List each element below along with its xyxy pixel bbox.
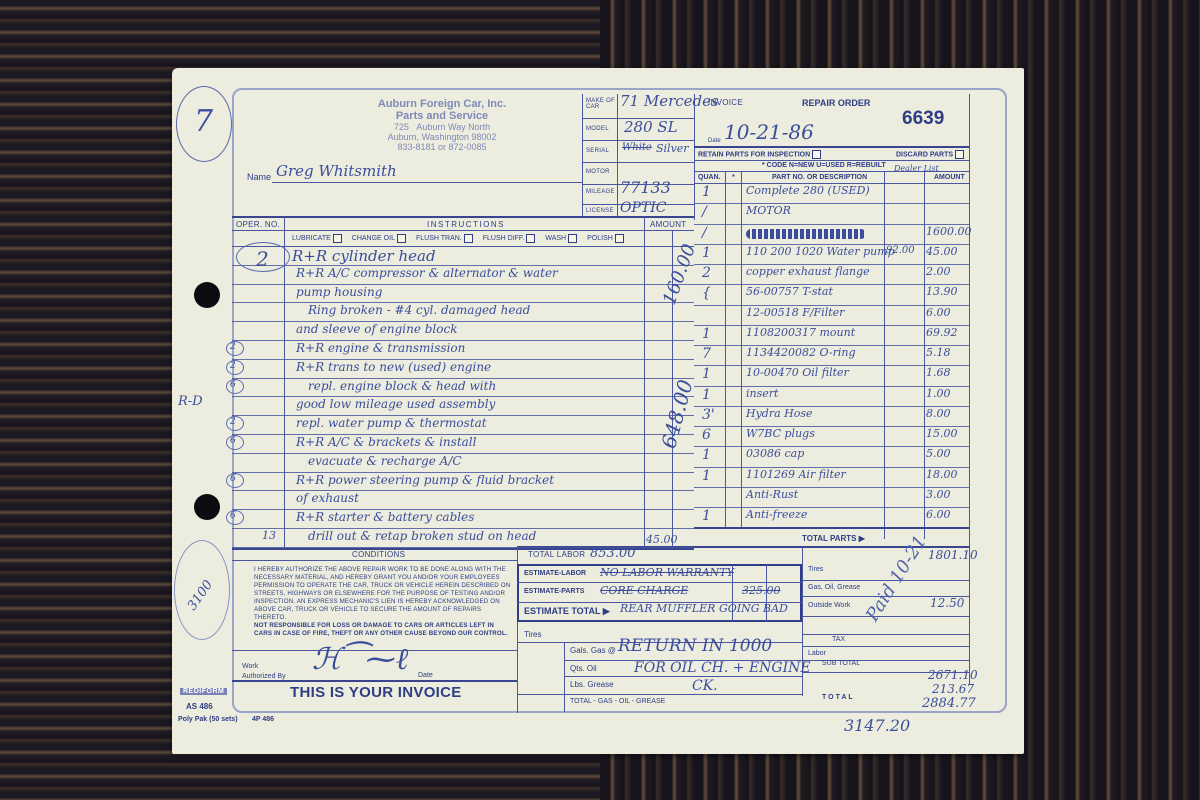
serial-value[interactable]: Silver — [656, 142, 689, 155]
part-quantity[interactable]: 1 — [702, 508, 711, 524]
form-number: AS 486 — [186, 702, 213, 711]
oper-circle-icon — [236, 242, 290, 272]
checkbox-icon — [955, 150, 964, 159]
divider — [802, 634, 969, 635]
signature-date-label: Date — [418, 672, 433, 679]
conditions-body: I hereby authorize the above repair work… — [254, 566, 510, 621]
checkbox-icon — [397, 234, 406, 243]
part-amount[interactable]: 13.90 — [926, 285, 958, 298]
service-checkbox[interactable]: FLUSH TRAN. — [416, 235, 473, 242]
part-description[interactable]: 1101269 Air filter — [746, 468, 846, 481]
divider — [617, 94, 618, 216]
retain-parts-checkbox[interactable]: RETAIN PARTS FOR INSPECTION — [698, 150, 821, 159]
divider — [582, 162, 694, 163]
conditions-title: CONDITIONS — [352, 550, 405, 559]
repair-order-title: REPAIR ORDER — [802, 98, 870, 108]
part-amount[interactable]: 18.00 — [926, 468, 958, 481]
qts-oil-label: Qts. Oil — [570, 664, 597, 673]
divider — [884, 171, 885, 539]
mileage-label: MILEAGE — [586, 189, 615, 195]
part-quantity[interactable]: 1 — [702, 366, 711, 382]
part-description[interactable]: 12-00518 F/Filter — [746, 306, 844, 319]
labor-instruction[interactable]: of exhaust — [296, 491, 359, 505]
part-description[interactable]: 1134420082 O-ring — [746, 346, 856, 359]
checkbox-icon — [615, 234, 624, 243]
part-description[interactable]: 110 200 1020 Water pump — [746, 245, 895, 258]
oper-number[interactable]: 13 — [262, 529, 276, 542]
outside-work-value[interactable]: 12.50 — [930, 596, 964, 610]
discard-parts-checkbox[interactable]: DISCARD PARTS — [896, 150, 964, 159]
oper-circle-icon — [226, 435, 244, 450]
margin-note: 7 — [194, 104, 213, 139]
part-amount[interactable]: 1.68 — [926, 366, 951, 379]
estimate-labor-label: ESTIMATE-LABOR — [524, 570, 586, 577]
oper-circle-icon — [226, 360, 244, 375]
part-description[interactable]: 03086 cap — [746, 447, 804, 460]
shop-address-number: 725 — [394, 122, 409, 132]
ggg-total-label: TOTAL - GAS - OIL - GREASE — [570, 698, 665, 705]
conditions-text: I hereby authorize the above repair work… — [254, 566, 512, 638]
labor-amount-3[interactable]: 45.00 — [646, 533, 678, 546]
part-quantity[interactable]: 7 — [702, 346, 711, 362]
part-description[interactable]: Anti-freeze — [746, 508, 807, 521]
discard-parts-label: DISCARD PARTS — [896, 151, 953, 158]
part-description[interactable]: MOTOR — [746, 204, 791, 217]
part-amount[interactable]: 6.00 — [926, 508, 951, 521]
part-quantity[interactable]: 1 — [702, 245, 711, 261]
return-note-1: RETURN IN 1000 — [618, 636, 772, 656]
divider — [694, 94, 695, 220]
part-amount[interactable]: 3.00 — [926, 488, 951, 501]
part-amount[interactable]: 5.18 — [926, 346, 951, 359]
divider — [694, 527, 969, 529]
part-description[interactable]: 56-00757 T-stat — [746, 285, 833, 298]
part-amount[interactable]: 6.00 — [926, 306, 951, 319]
serial-label: SERIAL — [586, 148, 609, 154]
part-quantity[interactable]: 3' — [702, 407, 715, 423]
part-amount[interactable]: 5.00 — [926, 447, 951, 460]
oper-circle-icon — [226, 473, 244, 488]
part-description[interactable] — [746, 229, 866, 239]
invoice-label: INVOICE — [708, 98, 743, 107]
part-description[interactable]: 10-00470 Oil filter — [746, 366, 849, 379]
part-amount[interactable]: 15.00 — [926, 427, 958, 440]
part-description[interactable]: Anti-Rust — [746, 488, 798, 501]
tax-labor-label: Labor — [808, 650, 826, 657]
retain-parts-label: RETAIN PARTS FOR INSPECTION — [698, 151, 810, 158]
labor-instruction[interactable]: R+R engine & transmission — [296, 341, 465, 355]
labor-instruction[interactable]: and sleeve of engine block — [296, 322, 457, 336]
part-description[interactable]: copper exhaust flange — [746, 265, 870, 278]
part-amount[interactable]: 2.00 — [926, 265, 951, 278]
return-note-3: CK. — [692, 678, 718, 694]
tax-value[interactable]: 213.67 — [932, 682, 974, 696]
part-description[interactable]: W7BC plugs — [746, 427, 815, 440]
pack-label: Poly Pak (50 sets) — [178, 716, 238, 723]
total-labor-value[interactable]: 853.00 — [590, 546, 636, 561]
conditions-disclaimer: Not responsible for loss or damage to ca… — [254, 622, 508, 637]
labor-instruction[interactable]: R+R power steering pump & fluid bracket — [296, 473, 554, 487]
customer-name[interactable]: Greg Whitsmith — [276, 162, 397, 180]
repair-order-document: 7 Auburn Foreign Car, Inc. Parts and Ser… — [172, 68, 1024, 754]
divider — [582, 94, 583, 216]
estimate-parts-note: CORE CHARGE — [600, 584, 688, 597]
license-value[interactable]: OPTIC — [620, 200, 666, 216]
shop-city: Auburn, Washington 98002 — [292, 132, 592, 142]
part-description[interactable]: Hydra Hose — [746, 407, 813, 420]
pack-number: 4P 486 — [252, 716, 274, 723]
part-quantity[interactable]: / — [702, 225, 707, 241]
rediform-logo: REDIFORM — [180, 688, 227, 695]
divider — [802, 616, 969, 617]
part-quantity[interactable]: 1 — [702, 447, 711, 463]
part-dealer-list[interactable]: 92.00 — [886, 245, 915, 256]
description-header: PART NO. OR DESCRIPTION — [772, 174, 867, 181]
service-checkbox[interactable]: LUBRICATE — [292, 235, 342, 242]
divider — [232, 230, 694, 231]
serial-struck-value: White — [622, 142, 652, 153]
subtotal-label: SUB TOTAL — [822, 660, 860, 667]
labor-row-divider — [232, 453, 694, 454]
service-checkbox-label: FLUSH DIFF. — [483, 235, 525, 242]
service-checkbox[interactable]: CHANGE OIL — [352, 235, 406, 242]
tax-label: TAX — [832, 636, 845, 643]
estimate-parts-label: ESTIMATE-PARTS — [524, 588, 584, 595]
part-quantity[interactable]: 1 — [702, 326, 711, 342]
model-value[interactable]: 280 SL — [624, 118, 678, 136]
divider — [694, 146, 969, 148]
motor-label: MOTOR — [586, 169, 610, 175]
labor-instruction[interactable]: repl. engine block & head with — [308, 379, 496, 393]
order-number: 6639 — [902, 108, 944, 130]
estimate-parts-value: 325.00 — [742, 584, 781, 597]
shop-subtitle: Parts and Service — [292, 110, 592, 122]
make-label: MAKE OF CAR — [586, 98, 616, 110]
gals-gas-label: Gals. Gas @ — [570, 646, 616, 655]
labor-amount-header: AMOUNT — [650, 220, 686, 229]
shop-street: Auburn Way North — [416, 122, 490, 132]
service-checkboxes: LUBRICATECHANGE OILFLUSH TRAN.FLUSH DIFF… — [292, 234, 634, 243]
checkbox-icon — [812, 150, 821, 159]
subtotal-value[interactable]: 2671.10 — [928, 668, 978, 682]
part-description[interactable]: Complete 280 (USED) — [746, 184, 870, 197]
labor-instruction[interactable]: pump housing — [296, 285, 382, 299]
dealer-list-header: Dealer List — [894, 164, 939, 173]
gas-tires-label: Tires — [524, 630, 541, 639]
divider — [232, 680, 517, 682]
part-amount[interactable]: 1600.00 — [926, 225, 972, 238]
part-amount[interactable]: 1.00 — [926, 387, 951, 400]
part-quantity[interactable]: 2 — [702, 265, 711, 281]
part-quantity[interactable]: { — [702, 285, 711, 301]
divider — [582, 140, 694, 141]
model-label: MODEL — [586, 126, 609, 132]
service-checkbox-label: CHANGE OIL — [352, 235, 395, 242]
quan-header: QUAN. — [698, 174, 721, 181]
shop-stamp: Auburn Foreign Car, Inc. Parts and Servi… — [292, 98, 592, 152]
instructions-header: INSTRUCTIONS — [427, 220, 505, 229]
labor-instruction[interactable]: R+R A/C & brackets & install — [296, 435, 476, 449]
part-amount[interactable]: 69.92 — [926, 326, 958, 339]
checkbox-icon — [333, 234, 342, 243]
oper-no-header: OPER. NO. — [236, 220, 280, 229]
labor-instruction[interactable]: R+R A/C compressor & alternator & water — [296, 266, 558, 280]
code-header: * — [732, 174, 735, 181]
labor-instruction[interactable]: good low mileage used assembly — [296, 397, 495, 411]
service-checkbox-label: LUBRICATE — [292, 235, 331, 242]
name-line — [272, 182, 582, 183]
total-value[interactable]: 2884.77 — [922, 696, 976, 711]
license-label: LICENSE — [586, 208, 614, 214]
divider — [924, 171, 925, 539]
code-legend: * CODE N=NEW U=USED R=REBUILT — [762, 162, 886, 169]
divider — [517, 694, 802, 695]
part-quantity[interactable]: 1 — [702, 184, 711, 200]
service-checkbox-label: POLISH — [587, 235, 613, 242]
side-note: R-D — [178, 394, 203, 409]
service-checkbox[interactable]: WASH — [545, 235, 577, 242]
service-checkbox-label: FLUSH TRAN. — [416, 235, 462, 242]
service-checkbox-label: WASH — [545, 235, 566, 242]
shop-phone: 833-8181 or 872-0085 — [292, 142, 592, 152]
total-parts-value[interactable]: 1801.10 — [928, 548, 978, 562]
lbs-grease-label: Lbs. Grease — [570, 680, 614, 689]
divider — [802, 646, 969, 647]
labor-instruction[interactable]: R+R cylinder head — [292, 247, 436, 265]
parts-row-divider — [694, 203, 969, 204]
amount-header: AMOUNT — [934, 174, 965, 181]
shop-name: Auburn Foreign Car, Inc. — [292, 98, 592, 110]
mileage-value[interactable]: 77133 — [620, 178, 671, 197]
summary-tires-label: Tires — [808, 566, 823, 573]
return-note-2: FOR OIL CH. + ENGINE — [634, 660, 811, 676]
part-quantity[interactable]: / — [702, 204, 707, 220]
labor-instruction[interactable]: Ring broken - #4 cyl. damaged head — [308, 303, 530, 317]
divider — [232, 560, 517, 561]
summary-outside-label: Outside Work — [808, 602, 850, 609]
total-parts-label: TOTAL PARTS ▶ — [802, 534, 865, 543]
labor-instruction[interactable]: R+R starter & battery cables — [296, 510, 474, 524]
checkbox-icon — [568, 234, 577, 243]
binder-hole-bottom — [194, 494, 220, 520]
divider — [644, 216, 645, 548]
divider — [517, 582, 802, 583]
part-quantity[interactable]: 1 — [702, 387, 711, 403]
binder-hole-top — [194, 282, 220, 308]
total-parts-text: TOTAL PARTS — [802, 534, 857, 543]
work-label: Work — [242, 662, 286, 672]
divider — [564, 642, 565, 712]
estimate-total-note: REAR MUFFLER GOING BAD — [620, 602, 788, 615]
part-quantity[interactable]: 1 — [702, 468, 711, 484]
estimate-labor-note: NO LABOR WARRANTY — [600, 566, 734, 579]
checkbox-icon — [526, 234, 535, 243]
date-label: Date — [708, 138, 721, 144]
total-labor-label: TOTAL LABOR — [528, 550, 585, 559]
estimate-total-label: ESTIMATE TOTAL ▶ — [524, 606, 610, 617]
divider — [564, 676, 802, 677]
final-total[interactable]: 3147.20 — [844, 716, 910, 735]
total-label: TOTAL — [822, 694, 855, 701]
divider — [232, 216, 694, 218]
part-description[interactable]: insert — [746, 387, 778, 400]
part-amount[interactable]: 45.00 — [926, 245, 958, 258]
part-quantity[interactable]: 6 — [702, 427, 711, 443]
oper-circle-icon — [226, 379, 244, 394]
summary-gas-label: Gas, Oil, Grease — [808, 584, 860, 591]
date-value[interactable]: 10-21-86 — [724, 120, 814, 144]
labor-instruction[interactable]: repl. water pump & thermostat — [296, 416, 487, 430]
work-authorized-label: Work Authorized By — [242, 662, 286, 682]
service-checkbox[interactable]: POLISH — [587, 235, 624, 242]
checkbox-icon — [464, 234, 473, 243]
service-checkbox[interactable]: FLUSH DIFF. — [483, 235, 536, 242]
part-description[interactable]: 1108200317 mount — [746, 326, 855, 339]
invoice-banner: THIS IS YOUR INVOICE — [290, 684, 462, 701]
labor-instruction[interactable]: drill out & retap broken stud on head — [308, 529, 536, 543]
name-label: Name — [247, 172, 271, 182]
labor-instruction[interactable]: evacuate & recharge A/C — [308, 454, 462, 468]
divider — [694, 160, 969, 161]
make-value[interactable]: 71 Mercedes — [620, 92, 719, 110]
part-amount[interactable]: 8.00 — [926, 407, 951, 420]
oper-circle-icon — [226, 341, 244, 356]
customer-signature[interactable]: ℋ⁀⁓ℓ — [312, 642, 408, 677]
estimate-total-text: ESTIMATE TOTAL — [524, 606, 600, 616]
divider — [969, 94, 970, 684]
labor-instruction[interactable]: R+R trans to new (used) engine — [296, 360, 491, 374]
